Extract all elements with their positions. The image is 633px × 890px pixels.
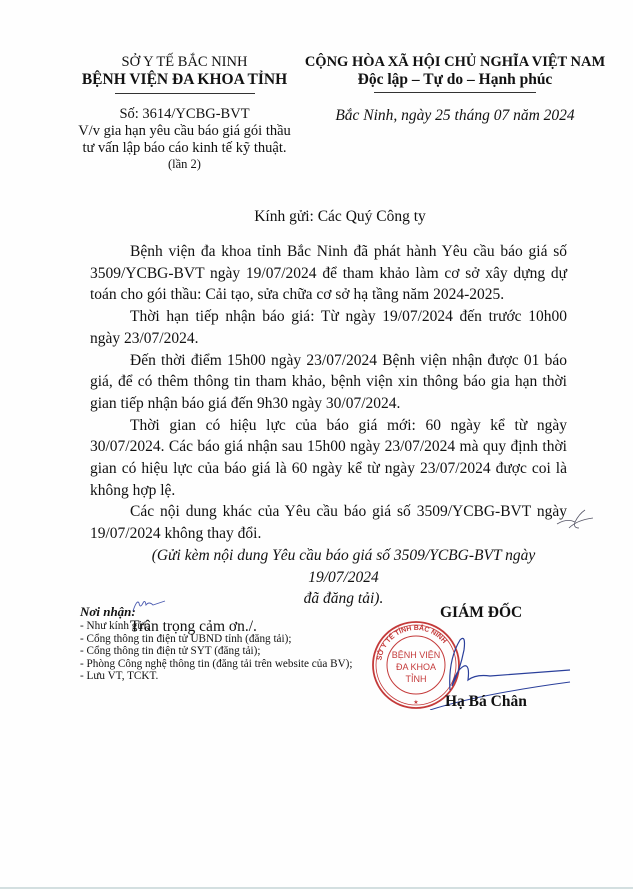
- subject-line-2: tư vấn lập báo cáo kinh tế kỹ thuật.: [62, 140, 307, 157]
- body-paragraph: Thời hạn tiếp nhận báo giá: Từ ngày 19/0…: [90, 306, 567, 349]
- subject-line-1: V/v gia hạn yêu cầu báo giá gói thầu: [62, 123, 307, 140]
- attachment-note-line-1: (Gửi kèm nội dung Yêu cầu báo giá số 350…: [90, 545, 567, 588]
- body-paragraph: Đến thời điểm 15h00 ngày 23/07/2024 Bệnh…: [90, 350, 567, 415]
- document-body: Bệnh viện đa khoa tỉnh Bắc Ninh đã phát …: [90, 241, 567, 638]
- recipient-item: - Cổng thông tin điện tử UBND tỉnh (đăng…: [80, 633, 353, 646]
- signer-title: GIÁM ĐỐC: [440, 604, 522, 622]
- salutation: Kính gửi: Các Quý Công ty: [80, 208, 600, 226]
- header-divider: [115, 93, 255, 94]
- recipients-list: Nơi nhận: - Như kính gửi; - Cổng thông t…: [80, 604, 353, 683]
- body-paragraph: Bệnh viện đa khoa tỉnh Bắc Ninh đã phát …: [90, 241, 567, 306]
- department-name: SỞ Y TẾ BẮC NINH: [62, 54, 307, 71]
- recipient-initial-icon: [131, 597, 167, 613]
- svg-text:★: ★: [413, 699, 418, 706]
- body-paragraph: Thời gian có hiệu lực của báo giá mới: 6…: [90, 415, 567, 502]
- body-paragraph: Các nội dung khác của Yêu cầu báo giá số…: [90, 501, 567, 544]
- motto-divider: [374, 92, 536, 93]
- recipient-item: - Phòng Công nghệ thông tin (đăng tải tr…: [80, 658, 353, 671]
- nation-title: CỘNG HÒA XÃ HỘI CHỦ NGHĨA VIỆT NAM: [300, 54, 610, 71]
- issuing-authority-block: SỞ Y TẾ BẮC NINH BỆNH VIỆN ĐA KHOA TỈNH …: [62, 54, 307, 172]
- revision-note: (lần 2): [62, 157, 307, 172]
- recipient-item: - Cổng thông tin điện tử SYT (đăng tải);: [80, 645, 353, 658]
- signer-name: Hạ Bá Chân: [445, 693, 527, 711]
- place-and-date: Bắc Ninh, ngày 25 tháng 07 năm 2024: [300, 107, 610, 125]
- recipients-title: Nơi nhận:: [80, 604, 353, 620]
- initial-mark-icon: [555, 508, 595, 530]
- organization-name: BỆNH VIỆN ĐA KHOA TỈNH: [62, 71, 307, 89]
- national-motto: Độc lập – Tự do – Hạnh phúc: [300, 71, 610, 89]
- page-bottom-edge: [0, 887, 633, 889]
- national-header-block: CỘNG HÒA XÃ HỘI CHỦ NGHĨA VIỆT NAM Độc l…: [300, 54, 610, 125]
- document-number: Số: 3614/YCBG-BVT: [62, 106, 307, 123]
- recipient-item: - Lưu VT, TCKT.: [80, 670, 353, 683]
- recipient-item: - Như kính gửi;: [80, 620, 353, 633]
